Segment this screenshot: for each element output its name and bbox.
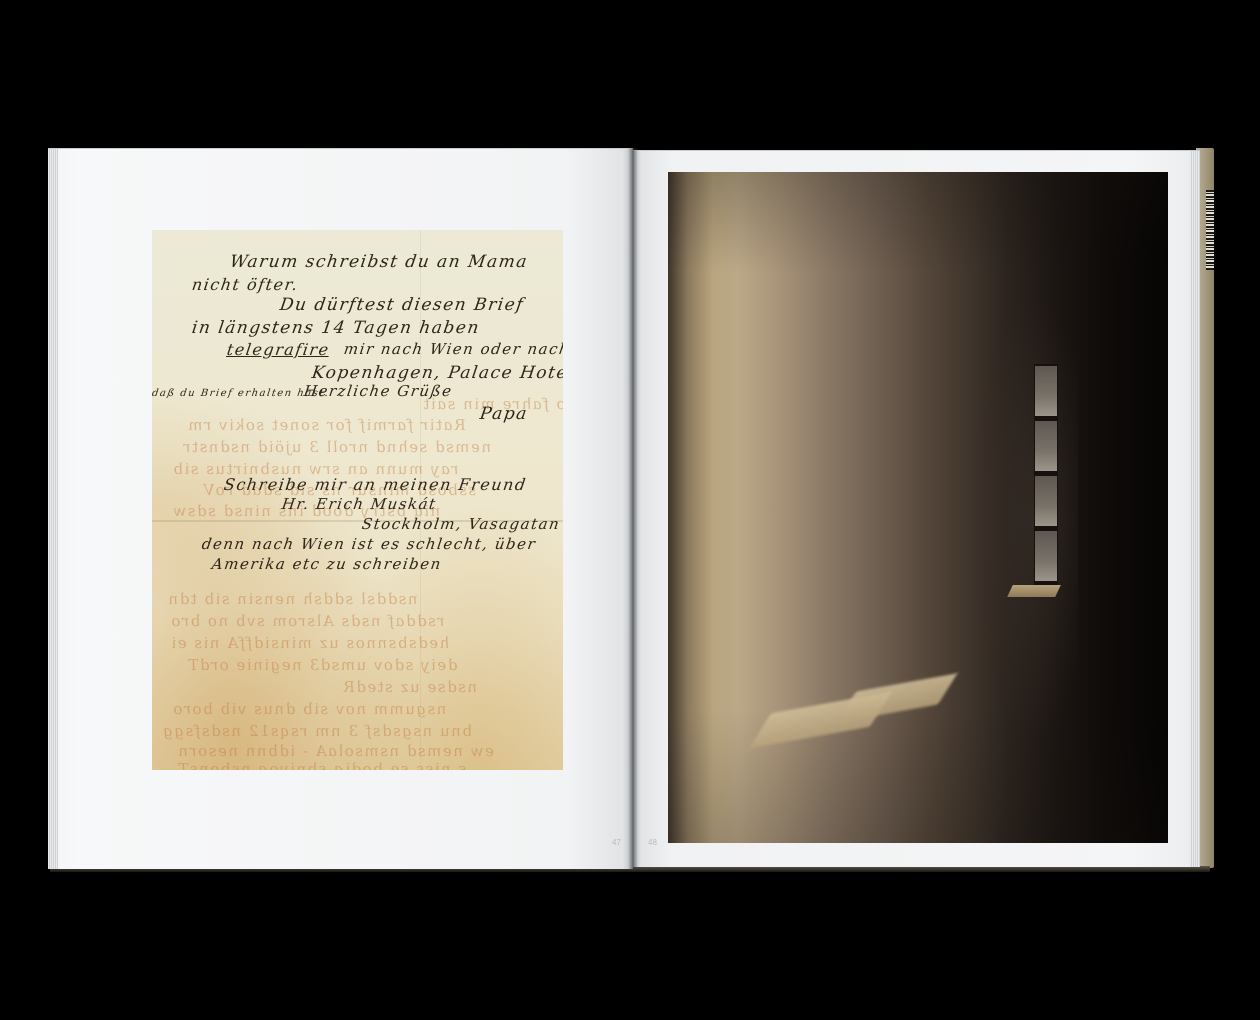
- handwritten-letter: ano fahre min sait Ratir farmif for sone…: [152, 230, 563, 770]
- bleed-text: nsgumm nov sib dnus vib boro: [171, 700, 448, 718]
- window-wall-glow: [968, 292, 1078, 742]
- window-pane: [1035, 476, 1057, 526]
- letter-line: Schreibe mir an meinen Freund: [223, 475, 528, 494]
- bleed-text: bnu nsgsdsf 3 nm rsqs12 nsdsfsgg: [161, 722, 474, 740]
- letter-line: denn nach Wien ist es schlecht, über: [201, 535, 538, 553]
- letter-line: in längstens 14 Tagen haben: [191, 318, 482, 338]
- bleed-text: nemsd sehnd nroll 3 ujöid nsdnstr: [181, 438, 493, 456]
- letter-line: nicht öfter.: [191, 275, 300, 294]
- bleed-text: rsddaf nsds Alsrom svb no bro: [169, 612, 446, 630]
- letter-line: Du dürftest diesen Brief: [279, 295, 526, 315]
- letter-line: Herzliche Grüße: [303, 382, 454, 400]
- bleed-text: nsdse uz stedR: [341, 678, 479, 696]
- open-book: ano fahre min sait Ratir farmif for sone…: [0, 0, 1260, 1020]
- letter-line: mir nach Wien oder nach: [343, 340, 563, 358]
- bleed-text: s niss se bodig sbniyog nsbonsT: [176, 760, 468, 770]
- book-gutter: [628, 148, 638, 870]
- photo-vignette: [668, 172, 1168, 843]
- window-pane: [1035, 531, 1057, 581]
- bleed-text: deiy sdov umsd3 neginie ordT: [186, 656, 459, 674]
- window-sill-light: [1007, 585, 1061, 597]
- interior-photograph: [668, 172, 1168, 843]
- window: [1034, 364, 1058, 586]
- letter-line: Amerika etc zu schreiben: [211, 555, 443, 573]
- letter-line: Hr. Erich Muskát: [281, 495, 438, 513]
- letter-line-underlined: telegrafire: [226, 340, 331, 359]
- page-edge-stack: [48, 149, 58, 869]
- bleed-text: ew nemsd nsmsolaA - idbnn nesorn: [176, 742, 496, 760]
- letter-line: Kopenhagen, Palace Hotel: [311, 363, 563, 383]
- window-pane: [1035, 366, 1057, 416]
- page-number-left: 47: [612, 838, 621, 847]
- page-edge-stack: [1190, 151, 1200, 867]
- barcode: [1206, 190, 1214, 270]
- window-pane: [1035, 421, 1057, 471]
- page-number-right: 48: [648, 838, 657, 847]
- bleed-text: hedsbsnnos uz minsidffA nis ei: [169, 634, 451, 652]
- bleed-text: nsddsl sddsh nensin sib tdn: [166, 590, 419, 608]
- bleed-text: Ratir farmif for sonet sokiv rm: [186, 416, 467, 434]
- letter-line: Warum schreibst du an Mama: [229, 252, 530, 272]
- letter-signature: Papa: [479, 404, 530, 424]
- letter-line: Stockholm, Vasagatan 15: [361, 515, 563, 533]
